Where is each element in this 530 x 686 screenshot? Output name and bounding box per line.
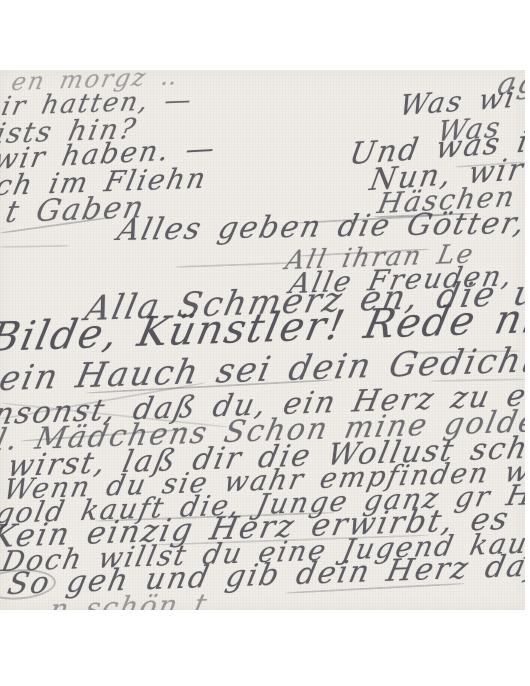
ink-stroke-flourish [0,245,70,248]
photo-page: en morgz ‥ir hatten, —ists hin?wir haben… [0,0,530,686]
fabric-swatch-image: en morgz ‥ir hatten, —ists hin?wir haben… [0,70,525,610]
handwriting-line: n schön t [47,590,211,610]
ink-stroke-flourish [175,262,295,268]
